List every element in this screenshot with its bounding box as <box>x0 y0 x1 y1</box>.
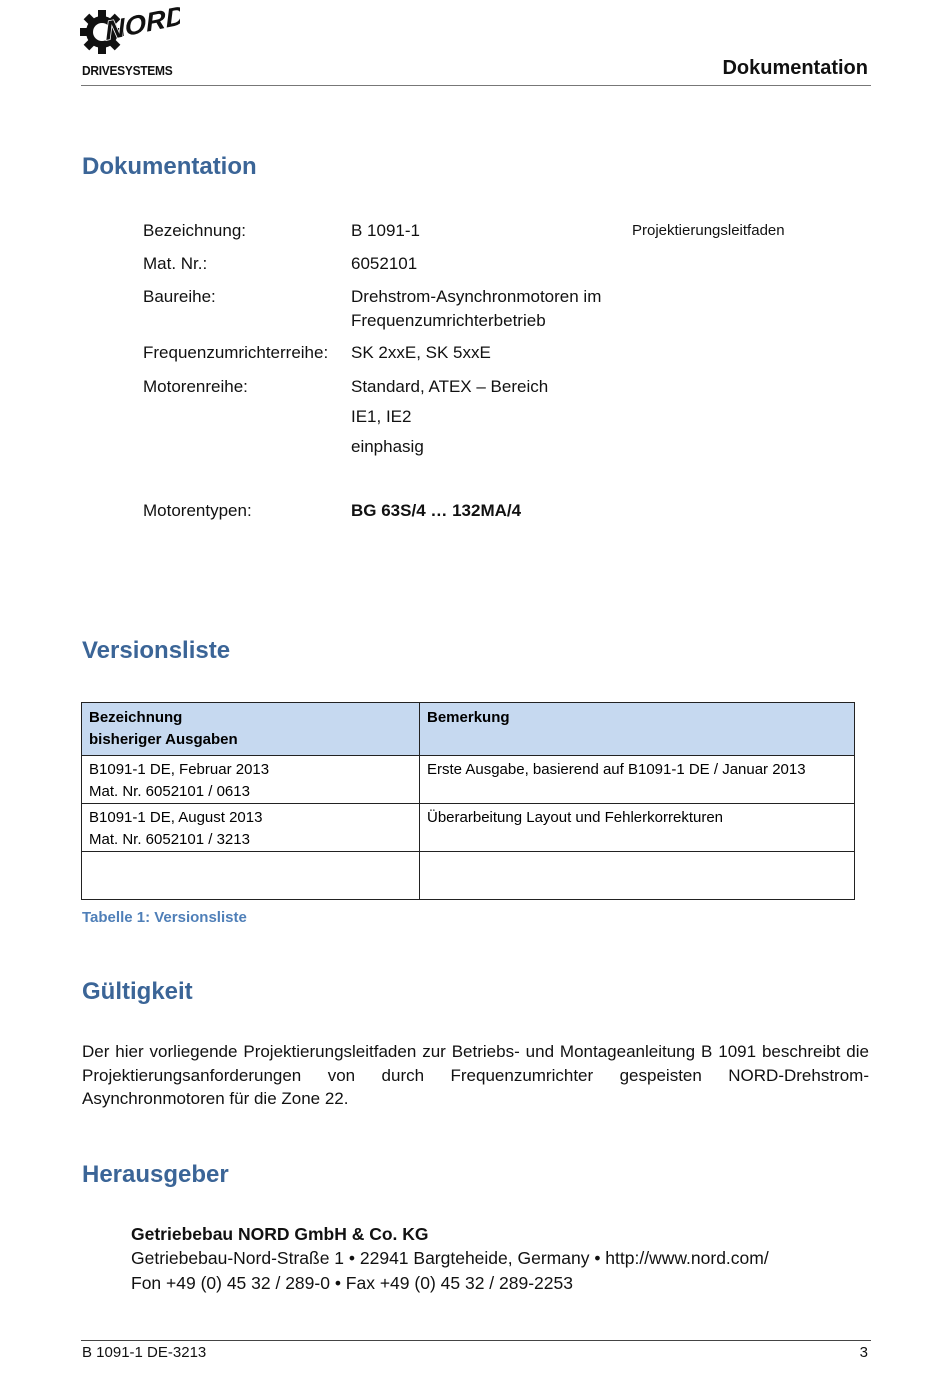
field-value-motorentypen: BG 63S/4 … 132MA/4 <box>351 499 521 523</box>
footer-doc-id: B 1091-1 DE-3213 <box>82 1344 206 1361</box>
publisher-contact: Fon +49 (0) 45 32 / 289-0 • Fax +49 (0) … <box>131 1273 573 1294</box>
header-title: Dokumentation <box>722 57 868 80</box>
field-value-baureihe-line2: Frequenzumrichterbetrieb <box>351 309 546 333</box>
gueltigkeit-paragraph: Der hier vorliegende Projektierungsleitf… <box>82 1040 869 1111</box>
field-note-document-type: Projektierungsleitfaden <box>632 219 785 243</box>
cell-bemerkung: Erste Ausgabe, basierend auf B1091-1 DE … <box>420 756 855 804</box>
cell-bezeichnung: B1091-1 DE, August 2013 Mat. Nr. 6052101… <box>82 804 420 852</box>
column-header-bemerkung: Bemerkung <box>420 703 855 756</box>
logo-tagline: DRIVESYSTEMS <box>82 63 172 78</box>
cell-bezeichnung: B1091-1 DE, Februar 2013 Mat. Nr. 605210… <box>82 756 420 804</box>
table-row: B1091-1 DE, August 2013 Mat. Nr. 6052101… <box>82 804 855 852</box>
cell-bemerkung: Überarbeitung Layout und Fehlerkorrektur… <box>420 804 855 852</box>
section-heading-versionsliste: Versionsliste <box>82 637 230 665</box>
cell-bezeichnung <box>82 852 420 900</box>
field-label-frequenzumrichterreihe: Frequenzumrichterreihe: <box>143 341 328 365</box>
header-divider <box>81 85 871 86</box>
table-header-row: Bezeichnung bisheriger Ausgaben Bemerkun… <box>82 703 855 756</box>
field-label-motorentypen: Motorentypen: <box>143 499 252 523</box>
gear-icon: NORD <box>80 0 180 64</box>
field-label-motorenreihe: Motorenreihe: <box>143 375 248 399</box>
field-value-mat-nr: 6052101 <box>351 252 417 276</box>
field-value-bezeichnung: B 1091-1 <box>351 219 420 243</box>
section-heading-dokumentation: Dokumentation <box>82 153 257 181</box>
field-label-mat-nr: Mat. Nr.: <box>143 252 207 276</box>
version-table: Bezeichnung bisheriger Ausgaben Bemerkun… <box>81 702 855 900</box>
field-value-motorenreihe-line1: Standard, ATEX – Bereich <box>351 375 548 399</box>
cell-bemerkung <box>420 852 855 900</box>
table-row: B1091-1 DE, Februar 2013 Mat. Nr. 605210… <box>82 756 855 804</box>
field-value-motorenreihe-line2: IE1, IE2 <box>351 405 411 429</box>
publisher-company: Getriebebau NORD GmbH & Co. KG <box>131 1224 429 1245</box>
table-caption: Tabelle 1: Versionsliste <box>82 909 247 926</box>
section-heading-herausgeber: Herausgeber <box>82 1161 229 1189</box>
svg-text:NORD: NORD <box>104 0 180 46</box>
publisher-address: Getriebebau-Nord-Straße 1 • 22941 Bargte… <box>131 1248 769 1269</box>
field-value-motorenreihe-line3: einphasig <box>351 435 424 459</box>
field-value-frequenzumrichterreihe: SK 2xxE, SK 5xxE <box>351 341 491 365</box>
footer-divider <box>81 1340 871 1341</box>
table-row <box>82 852 855 900</box>
field-label-bezeichnung: Bezeichnung: <box>143 219 246 243</box>
footer-page-number: 3 <box>860 1344 868 1361</box>
section-heading-gueltigkeit: Gültigkeit <box>82 978 193 1006</box>
field-label-baureihe: Baureihe: <box>143 285 216 309</box>
field-value-baureihe-line1: Drehstrom-Asynchronmotoren im <box>351 285 601 309</box>
column-header-bezeichnung: Bezeichnung bisheriger Ausgaben <box>82 703 420 756</box>
